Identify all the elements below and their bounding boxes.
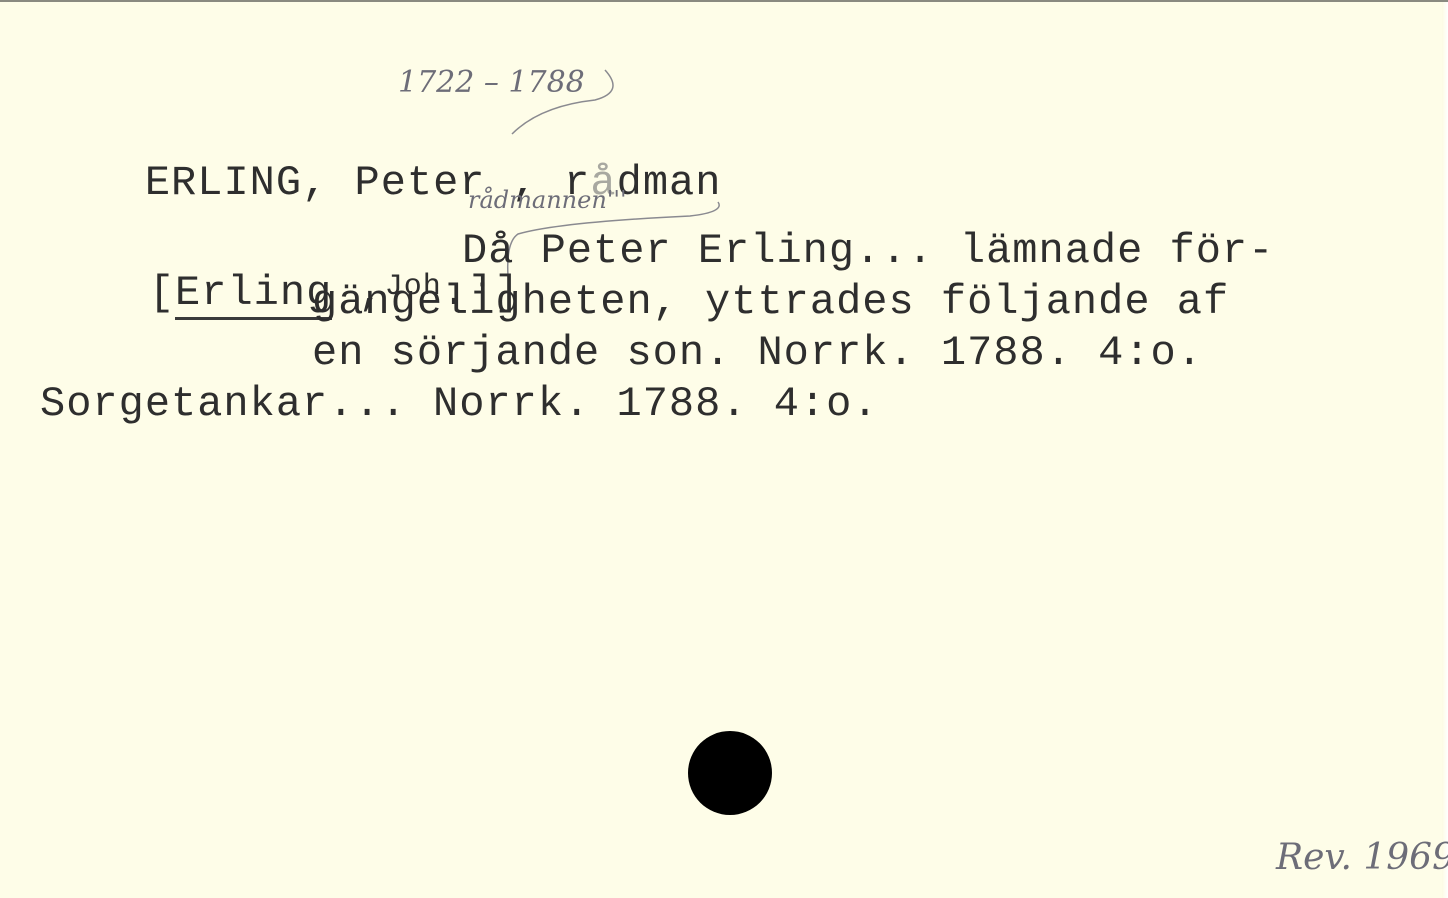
author-underlined: Erling — [175, 269, 332, 320]
catalog-card: 1722 – 1788 ERLING, Peter , rådman rådma… — [0, 0, 1448, 898]
card-edge — [1442, 2, 1448, 898]
punch-hole — [688, 731, 772, 815]
entry2-title: Sorgetankar... Norrk. 1788. 4:o. — [40, 383, 879, 425]
revision-note: Rev. 1969 — [1276, 840, 1448, 876]
entry1-title-line3: en sörjande son. Norrk. 1788. 4:o. — [312, 332, 1203, 374]
handwritten-dates: 1722 – 1788 — [398, 68, 585, 98]
handwritten-annotation: rådmannen''' — [468, 188, 627, 212]
heading-given-name: Peter — [354, 159, 485, 207]
entry1-title-line1: Då Peter Erling... lämnade för- — [462, 230, 1274, 272]
entry1-title-line2: gängeligheten, yttrades följande af — [312, 281, 1229, 323]
heading-surname: ERLING, — [145, 159, 328, 207]
